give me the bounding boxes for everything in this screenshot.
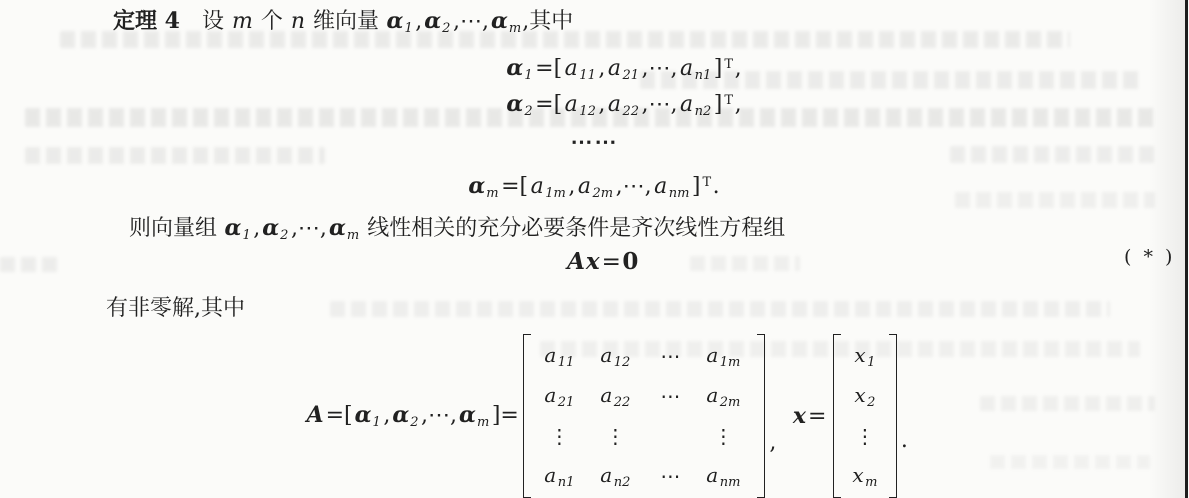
- matrix-entry: an1: [543, 463, 575, 490]
- x-definition-lhs: x=: [792, 403, 828, 429]
- matrix-entry: an2: [599, 463, 631, 490]
- vector-x: x1x2⋮xm: [833, 334, 897, 498]
- matrix-entry: ⋯: [659, 344, 682, 368]
- matrix-entry: ⋮: [548, 424, 571, 448]
- matrix-entry: anm: [705, 463, 741, 490]
- matrix-entry: ⋯: [659, 384, 682, 408]
- bleedthrough-strip: [330, 301, 1110, 317]
- equation-alpha2: α2=[a12,a22,⋯,an2]T,: [0, 86, 1189, 127]
- period: .: [901, 428, 908, 453]
- matrix-A: a11a12⋯a1ma21a22⋯a2m⋮⋮⋮an1an2⋯anm: [523, 334, 765, 498]
- matrix-entry: a1m: [705, 343, 741, 370]
- matrix-entry: ⋮: [604, 424, 627, 448]
- right-bracket: [757, 334, 765, 498]
- equation-Ax0: Ax=0: [0, 247, 1189, 277]
- theorem-statement-line: 定理 4 设 m 个 n 维向量 α1,α2,⋯,αm,其中: [113, 6, 573, 44]
- bleedthrough-strip: [990, 455, 1150, 469]
- matrix-equation: A=[α1,α2,⋯,αm]= a11a12⋯a1ma21a22⋯a2m⋮⋮⋮a…: [306, 334, 908, 498]
- condition-paragraph: 则向量组 α1,α2,⋯,αm 线性相关的充分必要条件是齐次线性方程组: [129, 213, 785, 251]
- matrix-entry: x2: [853, 383, 876, 410]
- equation-alpha1: α1=[a11,a21,⋯,an1]T,: [0, 50, 1189, 91]
- right-bracket: [889, 334, 897, 498]
- A-definition-lhs: A=[α1,α2,⋯,αm]=: [306, 402, 520, 430]
- page-edge-line: [1185, 0, 1188, 498]
- vector-x-entries: x1x2⋮xm: [843, 334, 887, 498]
- matrix-entry: xm: [851, 463, 878, 490]
- matrix-entry: a11: [543, 343, 575, 370]
- equation-alpham: αm=[a1m,a2m,⋯,anm]T.: [0, 168, 1189, 209]
- matrix-entry: x1: [853, 343, 876, 370]
- matrix-entry: a2m: [705, 383, 741, 410]
- matrix-entry: a21: [543, 383, 575, 410]
- comma-separator: ,: [769, 430, 776, 455]
- matrix-entry: ⋮: [853, 424, 876, 448]
- matrix-entry: a12: [599, 343, 631, 370]
- left-bracket: [523, 334, 531, 498]
- matrix-A-entries: a11a12⋯a1ma21a22⋯a2m⋮⋮⋮an1an2⋯anm: [533, 334, 755, 498]
- bleedthrough-strip: [980, 396, 1155, 411]
- matrix-entry: ⋮: [712, 424, 735, 448]
- matrix-entry: ⋯: [659, 464, 682, 488]
- left-bracket: [833, 334, 841, 498]
- textbook-page-scan: { "colors": { "ink": "#212121", "page_ba…: [0, 0, 1189, 498]
- page-edge-shading: [1148, 0, 1185, 498]
- matrix-entry: a22: [599, 383, 631, 410]
- ellipsis-line: ⋯⋯: [0, 127, 1189, 157]
- nonzero-solution-line: 有非零解,其中: [106, 294, 245, 324]
